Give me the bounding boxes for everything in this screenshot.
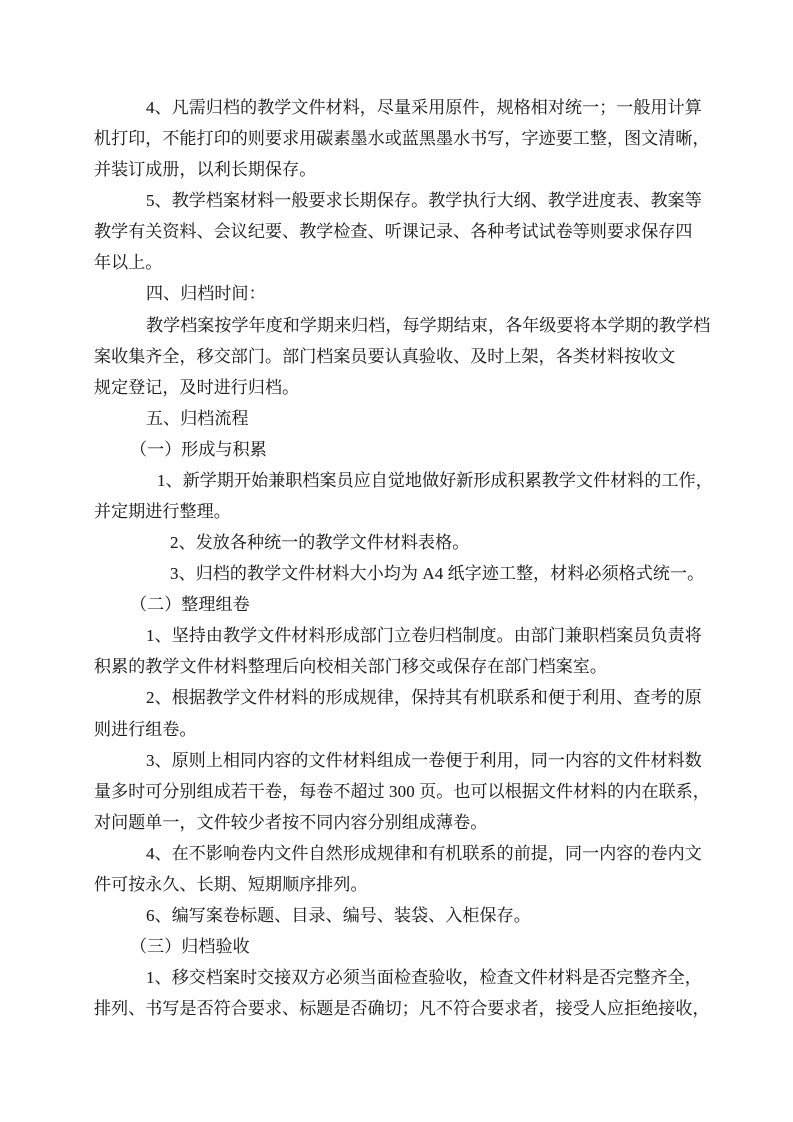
text-line: 四、归档时间： [94, 278, 710, 309]
text-line: 4、凡需归档的教学文件材料，尽量采用原件，规格相对统一；一般用计算 [94, 92, 710, 123]
text-line: 3、归档的教学文件材料大小均为 A4 纸字迹工整，材料必须格式统一。 [94, 558, 710, 589]
document-body: 4、凡需归档的教学文件材料，尽量采用原件，规格相对统一；一般用计算机打印，不能打… [94, 92, 710, 1024]
text-line: 1、坚持由教学文件材料形成部门立卷归档制度。由部门兼职档案员负责将 [94, 620, 710, 651]
text-line: 1、新学期开始兼职档案员应自觉地做好新形成积累教学文件材料的工作， [94, 465, 710, 496]
text-line: 5、教学档案材料一般要求长期保存。教学执行大纲、教学进度表、教案等 [94, 185, 710, 216]
text-line: 机打印，不能打印的则要求用碳素墨水或蓝黑墨水书写，字迹要工整，图文清晰， [94, 123, 710, 154]
text-line: 规定登记，及时进行归档。 [94, 372, 710, 403]
text-line: 年以上。 [94, 247, 710, 278]
text-line: 4、在不影响卷内文件自然形成规律和有机联系的前提，同一内容的卷内文 [94, 838, 710, 869]
text-line: 对问题单一，文件较少者按不同内容分别组成薄卷。 [94, 807, 710, 838]
text-line: 并定期进行整理。 [94, 496, 710, 527]
text-line: （二）整理组卷 [94, 589, 710, 620]
text-line: 量多时可分别组成若干卷，每卷不超过 300 页。也可以根据文件材料的内在联系， [94, 776, 710, 807]
text-line: 积累的教学文件材料整理后向校相关部门移交或保存在部门档案室。 [94, 651, 710, 682]
text-line: 6、编写案卷标题、目录、编号、装袋、入柜保存。 [94, 900, 710, 931]
text-line: 件可按永久、长期、短期顺序排列。 [94, 869, 710, 900]
text-line: 案收集齐全，移交部门。部门档案员要认真验收、及时上架，各类材料按收文 [94, 341, 710, 372]
text-line: 2、根据教学文件材料的形成规律，保持其有机联系和便于利用、查考的原 [94, 682, 710, 713]
text-line: 教学档案按学年度和学期来归档，每学期结束，各年级要将本学期的教学档 [94, 310, 710, 341]
text-line: 并装订成册，以利长期保存。 [94, 154, 710, 185]
document-page: 4、凡需归档的教学文件材料，尽量采用原件，规格相对统一；一般用计算机打印，不能打… [0, 0, 793, 1122]
text-line: 1、移交档案时交接双方必须当面检查验收，检查文件材料是否完整齐全， [94, 962, 710, 993]
text-line: 3、原则上相同内容的文件材料组成一卷便于利用，同一内容的文件材料数 [94, 745, 710, 776]
text-line: 五、归档流程 [94, 403, 710, 434]
text-line: 2、发放各种统一的教学文件材料表格。 [94, 527, 710, 558]
text-line: （一）形成与积累 [94, 434, 710, 465]
text-line: 教学有关资料、会议纪要、教学检查、听课记录、各种考试试卷等则要求保存四 [94, 216, 710, 247]
text-line: （三）归档验收 [94, 931, 710, 962]
text-line: 排列、书写是否符合要求、标题是否确切；凡不符合要求者，接受人应拒绝接收， [94, 993, 710, 1024]
text-line: 则进行组卷。 [94, 714, 710, 745]
